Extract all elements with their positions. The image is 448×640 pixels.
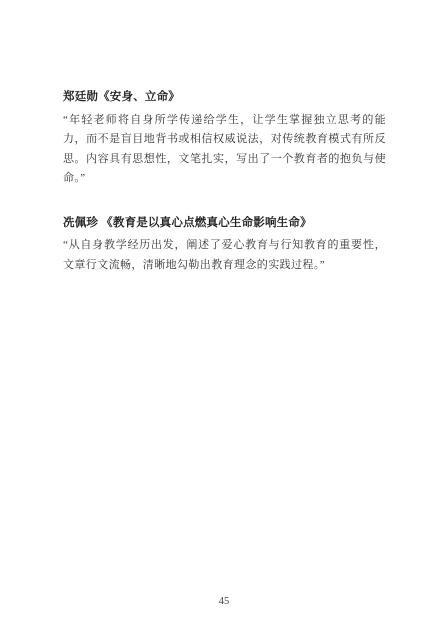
entry-body: “年轻老师将自身所学传递给学生，让学生掌握独立思考的能力，而不是盲目地背书或相信… — [63, 111, 386, 189]
review-entry: 郑廷勋《安身、立命》 “年轻老师将自身所学传递给学生，让学生掌握独立思考的能力，… — [63, 88, 386, 189]
document-page: 郑廷勋《安身、立命》 “年轻老师将自身所学传递给学生，让学生掌握独立思考的能力，… — [0, 0, 448, 640]
page-number: 45 — [0, 595, 448, 609]
entry-title: 冼佩珍 《教育是以真心点燃真心生命影响生命》 — [63, 214, 386, 234]
entry-body: “从自身教学经历出发，阐述了爱心教育与行知教育的重要性，文章行文流畅，清晰地勾勒… — [63, 236, 386, 275]
review-entry: 冼佩珍 《教育是以真心点燃真心生命影响生命》 “从自身教学经历出发，阐述了爱心教… — [63, 214, 386, 276]
page-content: 郑廷勋《安身、立命》 “年轻老师将自身所学传递给学生，让学生掌握独立思考的能力，… — [63, 88, 386, 275]
entry-title: 郑廷勋《安身、立命》 — [63, 88, 386, 108]
